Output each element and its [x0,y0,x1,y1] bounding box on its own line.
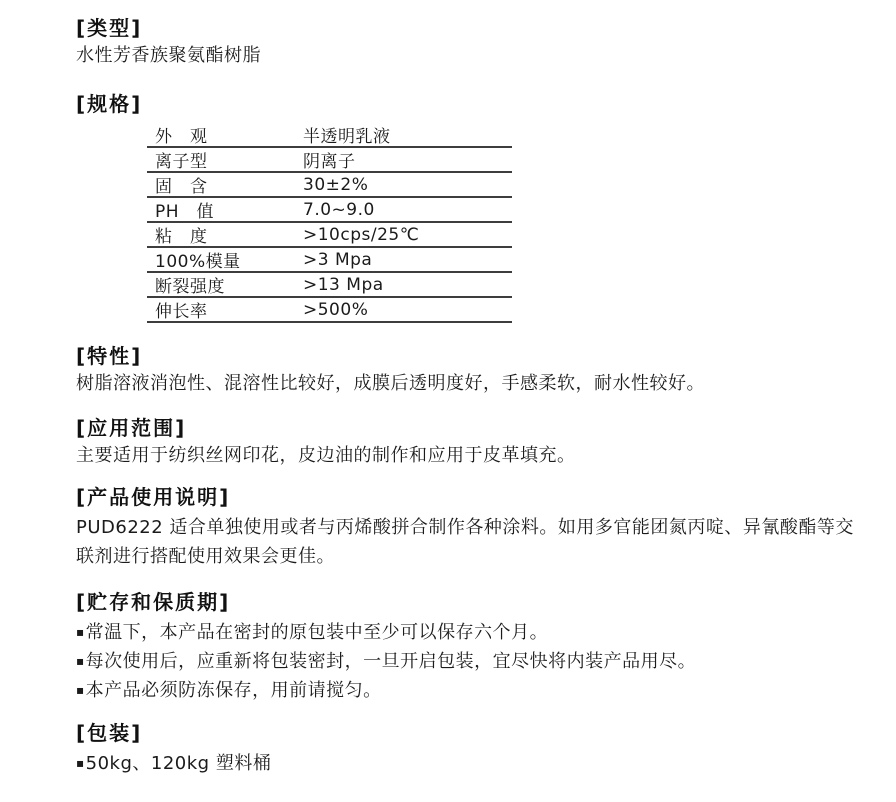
spec-label: 外 观 [147,122,303,147]
product-spec-document: [类型] 水性芳香族聚氨酯树脂 [规格] 外 观 半透明乳液 离子型 阴离子 固… [0,0,896,802]
list-item: ▪常温下，本产品在密封的原包装中至少可以保存六个月。 [76,618,876,647]
bullet-text: 每次使用后，应重新将包装密封，一旦开启包装，宜尽快将内装产品用尽。 [86,651,697,672]
section-application: [应用范围] 主要适用于纺织丝网印花，皮边油的制作和应用于皮革填充。 [76,416,876,468]
section-spec: [规格] 外 观 半透明乳液 离子型 阴离子 固 含 30±2% PH 值 7.… [76,92,876,323]
section-type-heading: [类型] [76,16,876,40]
list-item: ▪每次使用后，应重新将包装密封，一旦开启包装，宜尽快将内装产品用尽。 [76,647,876,676]
section-usage-heading: [产品使用说明] [76,485,876,509]
bullet-icon: ▪ [76,676,85,704]
section-storage: [贮存和保质期] ▪常温下，本产品在密封的原包装中至少可以保存六个月。 ▪每次使… [76,590,876,705]
spec-label: 100%模量 [147,247,303,272]
section-packing-heading: [包装] [76,721,876,745]
section-type: [类型] 水性芳香族聚氨酯树脂 [76,16,876,68]
spec-value: >500% [303,300,512,320]
section-usage: [产品使用说明] PUD6222 适合单独使用或者与丙烯酸拼合制作各种涂料。如用… [76,485,876,571]
packing-bullet-list: ▪50kg、120kg 塑料桶 [76,749,876,778]
spec-value: 7.0~9.0 [303,200,512,220]
spec-label: 固 含 [147,172,303,197]
storage-bullet-list: ▪常温下，本产品在密封的原包装中至少可以保存六个月。 ▪每次使用后，应重新将包装… [76,618,876,705]
table-row: PH 值 7.0~9.0 [147,198,512,223]
table-row: 外 观 半透明乳液 [147,123,512,148]
table-row: 断裂强度 >13 Mpa [147,273,512,298]
spec-label: 离子型 [147,147,303,172]
list-item: ▪50kg、120kg 塑料桶 [76,749,876,778]
table-row: 固 含 30±2% [147,173,512,198]
bullet-icon: ▪ [76,647,85,675]
spec-value: >10cps/25℃ [303,225,512,245]
bullet-text: 常温下，本产品在密封的原包装中至少可以保存六个月。 [86,622,549,643]
spec-table: 外 观 半透明乳液 离子型 阴离子 固 含 30±2% PH 值 7.0~9.0… [147,123,512,323]
spec-label: 粘 度 [147,222,303,247]
section-application-body: 主要适用于纺织丝网印花，皮边油的制作和应用于皮革填充。 [76,444,876,468]
spec-value: >13 Mpa [303,275,512,295]
spec-value: 半透明乳液 [303,122,512,147]
spec-label: 断裂强度 [147,272,303,297]
section-application-heading: [应用范围] [76,416,876,440]
spec-value: 阴离子 [303,147,512,172]
table-row: 100%模量 >3 Mpa [147,248,512,273]
section-feature-body: 树脂溶液消泡性、混溶性比较好，成膜后透明度好，手感柔软，耐水性较好。 [76,372,876,396]
bullet-icon: ▪ [76,749,85,777]
usage-line: 联剂进行搭配使用效果会更佳。 [76,542,876,571]
bullet-text: 本产品必须防冻保存，用前请搅匀。 [86,680,382,701]
section-feature: [特性] 树脂溶液消泡性、混溶性比较好，成膜后透明度好，手感柔软，耐水性较好。 [76,344,876,396]
table-row: 伸长率 >500% [147,298,512,323]
section-usage-body: PUD6222 适合单独使用或者与丙烯酸拼合制作各种涂料。如用多官能团氮丙啶、异… [76,513,876,571]
section-packing: [包装] ▪50kg、120kg 塑料桶 [76,721,876,778]
table-row: 粘 度 >10cps/25℃ [147,223,512,248]
section-spec-heading: [规格] [76,92,876,116]
section-storage-heading: [贮存和保质期] [76,590,876,614]
table-row: 离子型 阴离子 [147,148,512,173]
bullet-icon: ▪ [76,618,85,646]
spec-label: PH 值 [147,197,303,222]
section-feature-heading: [特性] [76,344,876,368]
list-item: ▪本产品必须防冻保存，用前请搅匀。 [76,676,876,705]
spec-value: >3 Mpa [303,250,512,270]
bullet-text: 50kg、120kg 塑料桶 [86,753,272,774]
section-type-body: 水性芳香族聚氨酯树脂 [76,44,876,68]
spec-label: 伸长率 [147,297,303,322]
spec-value: 30±2% [303,175,512,195]
usage-line: PUD6222 适合单独使用或者与丙烯酸拼合制作各种涂料。如用多官能团氮丙啶、异… [76,513,876,542]
